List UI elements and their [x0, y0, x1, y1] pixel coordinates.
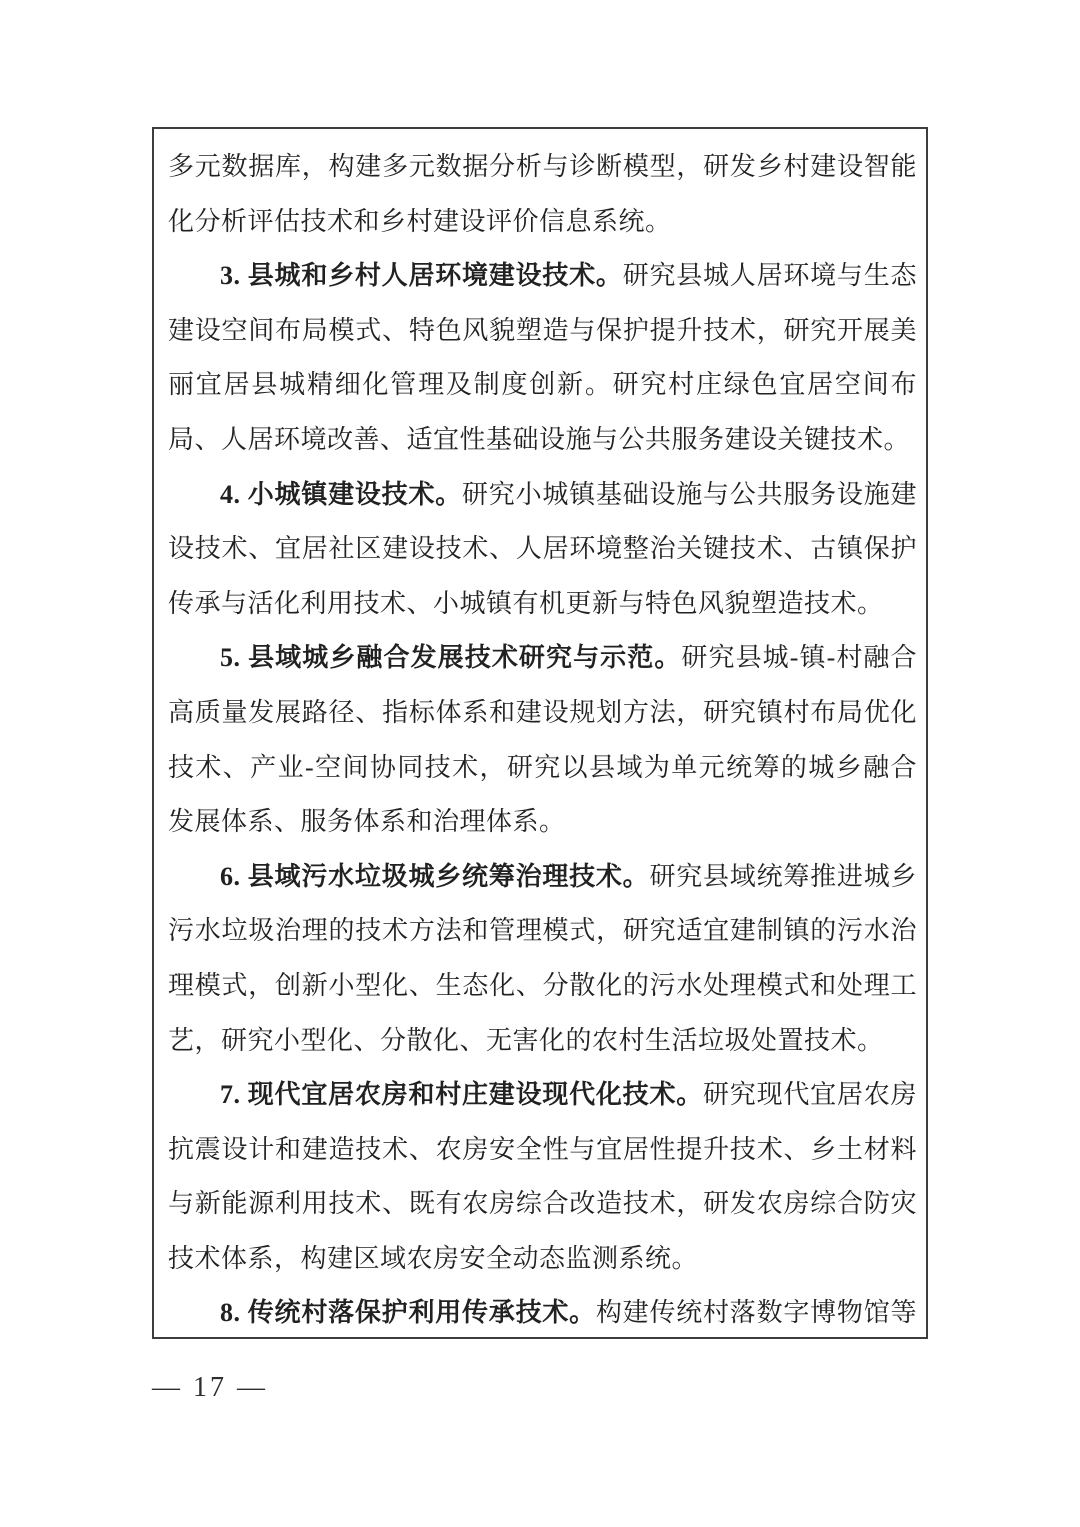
paragraph-heading: 8. 传统村落保护利用传承技术。: [220, 1298, 596, 1327]
paragraph: 3. 县城和乡村人居环境建设技术。研究县城人居环境与生态建设空间布局模式、特色风…: [168, 249, 917, 467]
paragraph-heading: 5. 县域城乡融合发展技术研究与示范。: [220, 643, 681, 672]
document-text-box: 多元数据库，构建多元数据分析与诊断模型，研发乡村建设智能化分析评估技术和乡村建设…: [152, 127, 928, 1339]
paragraph: 多元数据库，构建多元数据分析与诊断模型，研发乡村建设智能化分析评估技术和乡村建设…: [168, 140, 917, 249]
document-page: 多元数据库，构建多元数据分析与诊断模型，研发乡村建设智能化分析评估技术和乡村建设…: [0, 0, 1080, 1527]
paragraph-heading: 3. 县城和乡村人居环境建设技术。: [220, 261, 623, 290]
paragraph: 7. 现代宜居农房和村庄建设现代化技术。研究现代宜居农房抗震设计和建造技术、农房…: [168, 1068, 917, 1286]
paragraph: 4. 小城镇建设技术。研究小城镇基础设施与公共服务设施建设技术、宜居社区建设技术…: [168, 468, 917, 632]
page-number: — 17 —: [152, 1372, 268, 1404]
paragraph: 8. 传统村落保护利用传承技术。构建传统村落数字博物馆等基础: [168, 1286, 917, 1339]
paragraph-heading: 6. 县域污水垃圾城乡统筹治理技术。: [220, 862, 649, 891]
paragraph: 6. 县域污水垃圾城乡统筹治理技术。研究县域统筹推进城乡污水垃圾治理的技术方法和…: [168, 850, 917, 1068]
paragraph-text: 多元数据库，构建多元数据分析与诊断模型，研发乡村建设智能化分析评估技术和乡村建设…: [168, 152, 917, 236]
paragraph-heading: 4. 小城镇建设技术。: [220, 480, 462, 509]
paragraph: 5. 县域城乡融合发展技术研究与示范。研究县城-镇-村融合高质量发展路径、指标体…: [168, 631, 917, 849]
paragraph-heading: 7. 现代宜居农房和村庄建设现代化技术。: [220, 1080, 703, 1109]
